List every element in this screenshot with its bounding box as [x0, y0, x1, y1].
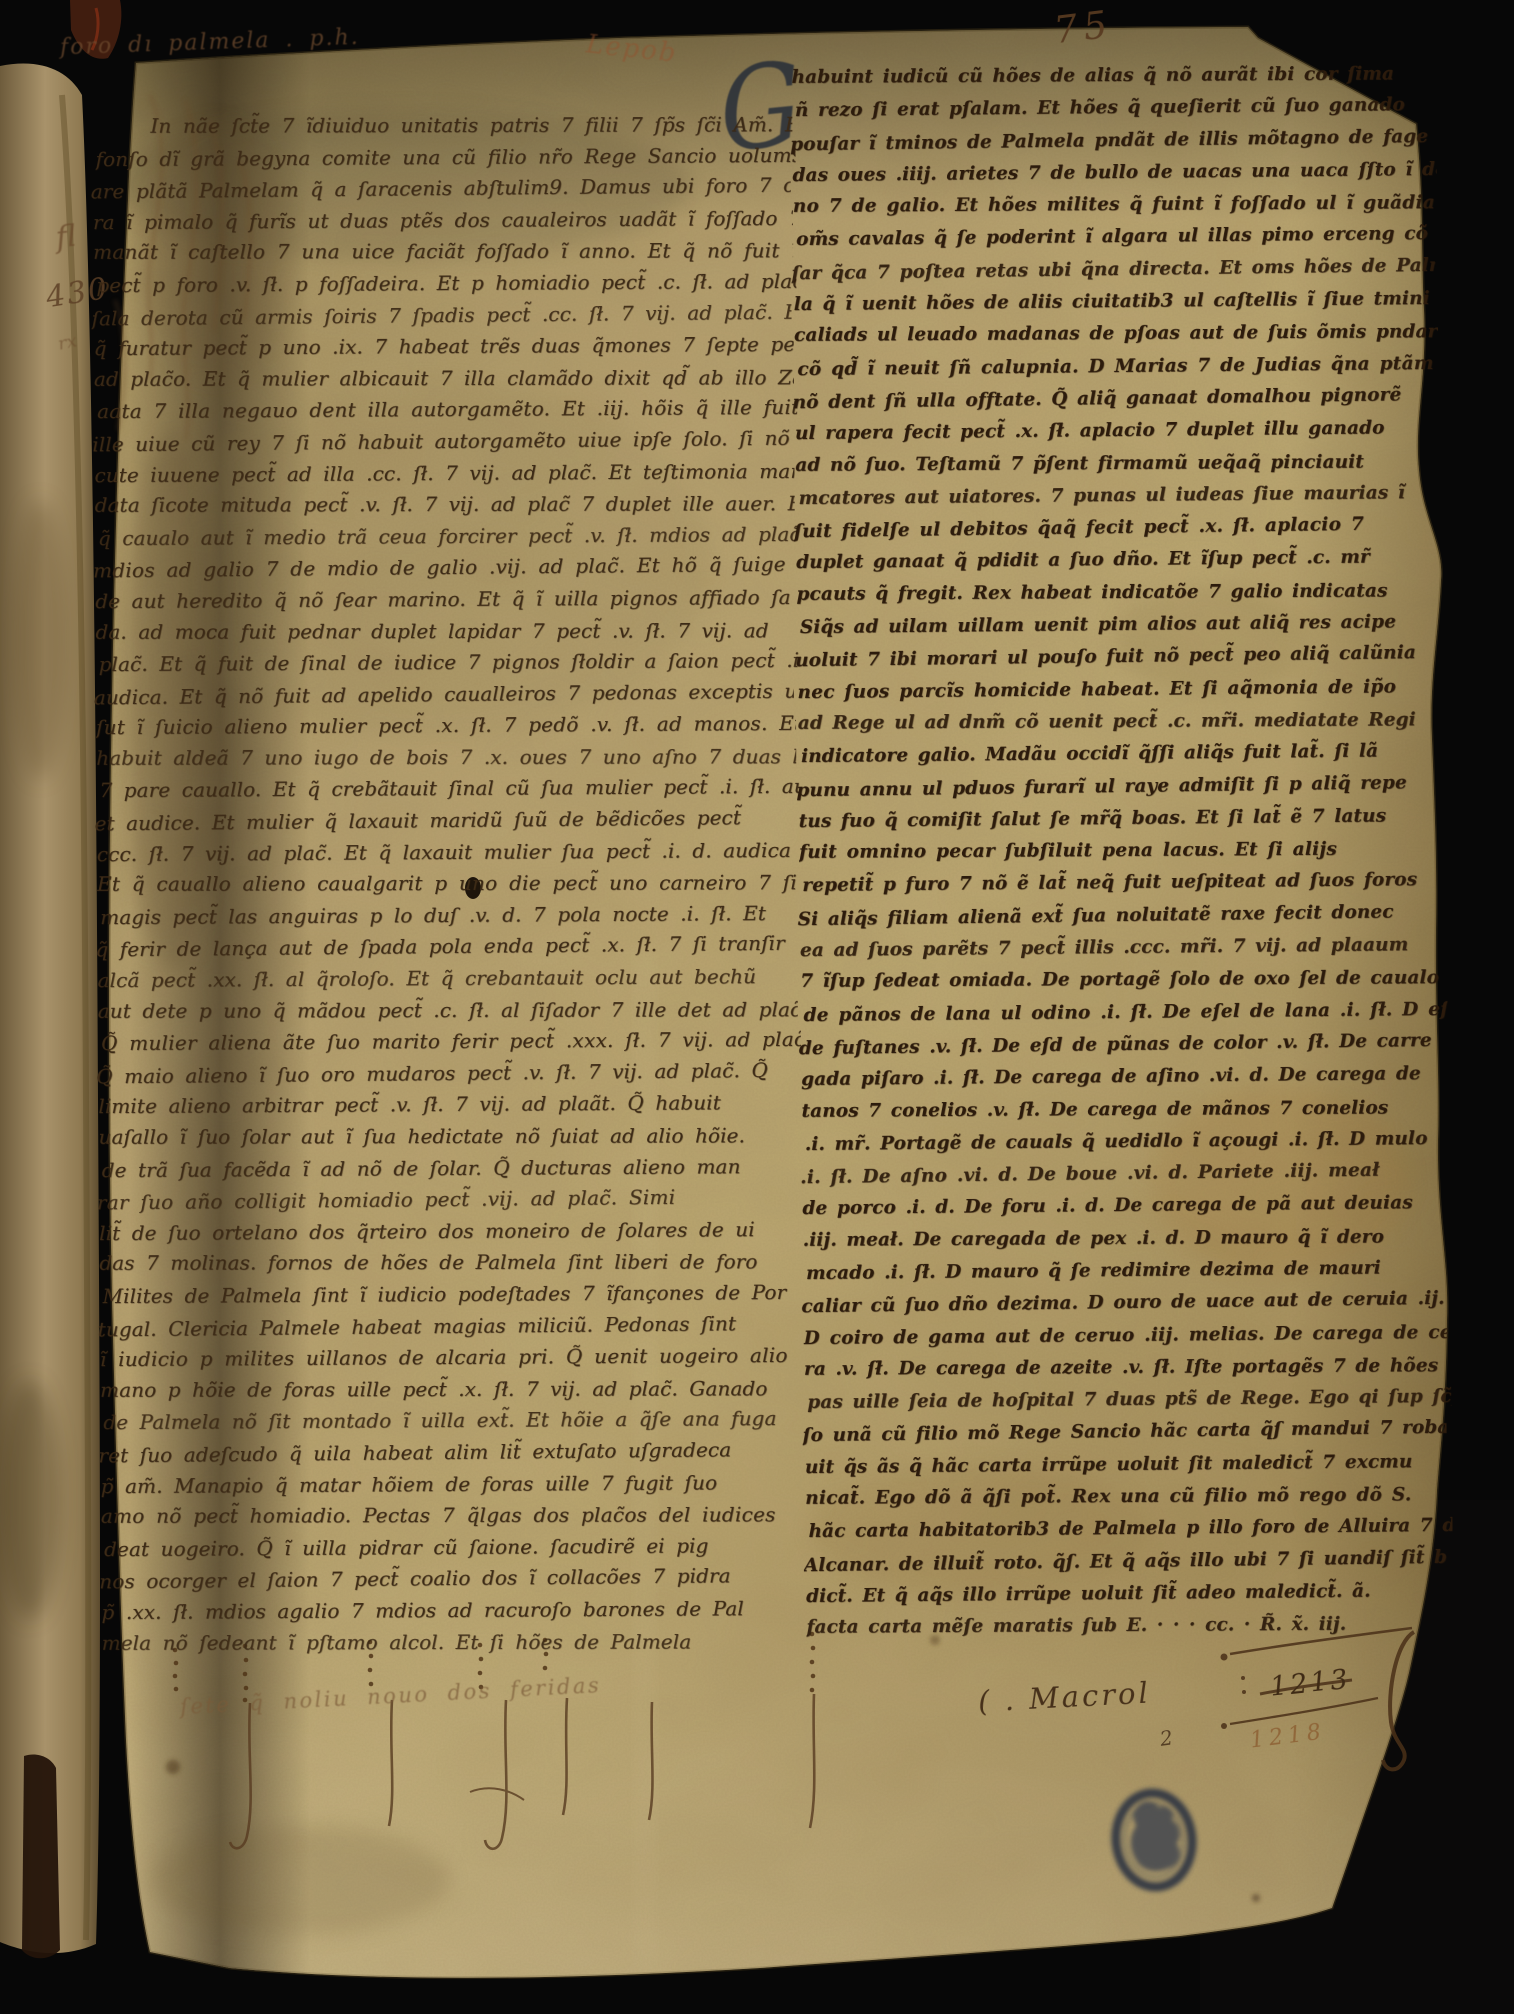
manuscript-line: nec ſuos parcĩs homicide habeat. Et ſi a… [797, 671, 1441, 709]
manuscript-line: tus fuo q̃ comiſit ſalut ſe mr̃q̃ boas. … [799, 800, 1443, 838]
manuscript-line: pcauts q̃ fregit. Rex habeat indicatõe 7… [796, 575, 1440, 611]
manuscript-line: ul rapera fecit pect̃ .x. ſł. aplacio 7 … [795, 412, 1439, 450]
manuscript-line: Milites de Palmela ſint ĩ iudicio podeſt… [102, 1277, 802, 1313]
manuscript-line: ſut ĩ ſuicio alieno mulier pect̃ .x. ſł.… [96, 708, 796, 744]
manuscript-line: aut dete p uno q̃ mãdou pect̃ .c. ſł. al… [98, 994, 798, 1027]
manuscript-line: uit q̃s ãs q̃ hãc carta irrũpe uoluit ſi… [805, 1446, 1449, 1484]
manuscript-line: In nãe ſct̃e 7 ĩdiuiduo unitatis patris … [92, 109, 792, 142]
left-folio-edge [0, 64, 100, 1954]
manuscript-line: lit̃ de ſuo ortelano dos q̃rteiro dos mo… [99, 1214, 799, 1250]
manuscript-line: q̃ furatur pect̃ p uno .ix. 7 habeat trẽ… [94, 329, 794, 365]
manuscript-line: das oues .iiij. arietes 7 de bullo de ua… [792, 154, 1436, 192]
text-column-left: In nãe ſct̃e 7 ĩdiuiduo unitatis patris … [92, 108, 801, 1660]
manuscript-line: alcã pect̃ .xx. ſł. al q̃roloſo. Et q̃ c… [97, 961, 797, 997]
manuscript-line: .iij. meał. De caregada de pex .i. d. D … [803, 1221, 1447, 1257]
manuscript-line: duplet ganaat q̃ pdidit a ſuo dño. Et ĩſ… [796, 541, 1440, 579]
manuscript-line: facta carta mẽſe maratis ſub E. · · · cc… [806, 1608, 1450, 1644]
margin-mark-fl: fl [54, 219, 78, 256]
manuscript-line: Q̃ mulier aliena ãte ſuo marito ferir pe… [101, 1024, 801, 1060]
manuscript-line: ea ad ſuos parẽts 7 pect̃ illis .ccc. mr… [800, 929, 1444, 967]
manuscript-line: ra .v. ſł. De carega de azeite .v. ſł. I… [804, 1350, 1448, 1386]
manuscript-line: da. ad moca fuit pednar duplet lapidar 7… [95, 615, 795, 648]
signature-flourish-glyph: 2 [1158, 1725, 1174, 1751]
manuscript-line: p̃ am̃. Manapio q̃ matar hõiem de foras … [101, 1466, 801, 1502]
manuscript-line: habuit aldeã 7 uno iugo de bois 7 .x. ou… [96, 741, 796, 774]
manuscript-line: dict̃. Et q̃ aq̃s illo irrũpe uoluit ſit… [806, 1575, 1450, 1613]
manuscript-line: tanos 7 conelios .v. ſł. De carega de mã… [801, 1092, 1445, 1128]
manuscript-line: data ſicote mituda pect̃ .v. ſł. 7 vij. … [95, 488, 795, 521]
manuscript-line: ĩ iudicio p milites uillanos de alcaria … [100, 1340, 800, 1376]
manuscript-line: ad Rege ul ad dnm̃ cõ uenit pect̃ .c. mr… [798, 704, 1442, 740]
text-column-right: habuint iudicũ cũ hões de alias q̃ nõ au… [791, 57, 1450, 1646]
manuscript-line: mano p hõie de foras uille pect̃ .x. ſł.… [100, 1373, 800, 1406]
manuscript-line: D coiro de gama aut de ceruo .iij. melia… [804, 1316, 1448, 1354]
folio-number: 75 [1052, 3, 1116, 53]
manuscript-line: de porco .i. d. De foru .i. d. De carega… [802, 1187, 1446, 1225]
manuscript-line: no 7 de galio. Et hões milites q̃ fuint … [793, 187, 1437, 223]
manuscript-line: Et q̃ cauallo alieno caualgarit p uno di… [97, 867, 797, 900]
manuscript-line: gada piſaro .i. ſł. De carega de aſino .… [801, 1058, 1445, 1096]
manuscript-line: p̃ .xx. ſł. mdios agalio 7 mdios ad racu… [101, 1593, 801, 1629]
margin-mark-rx: rx [56, 330, 79, 354]
manuscript-line: manãt ĩ caſtello 7 una uice faciãt foſſa… [93, 236, 793, 269]
manuscript-line: ad plac̃o. Et q̃ mulier albicauit 7 illa… [94, 362, 794, 395]
binding-fragment-bottom [22, 1755, 60, 1959]
manuscript-line: de aut heredito q̃ nõ ſear marino. Et q̃… [95, 582, 795, 618]
manuscript-line: plac̃. Et q̃ fuit de ſinal de iudice 7 p… [99, 645, 799, 681]
manuscript-line: fuit omnino pecar ſubſiluit pena lacus. … [799, 833, 1443, 869]
manuscript-line: ccc. ſł. 7 vij. ad plac̃. Et q̃ laxauit … [97, 835, 797, 871]
manuscript-photograph: foro dı palmela . p.h. Lepob 75 fl 430 r… [0, 0, 1514, 2014]
manuscript-line: pect̃ p foro .v. ſł. p foſſadeira. Et p … [96, 266, 796, 302]
manuscript-line: uaſallo ĩ ſuo ſolar aut ĩ ſua hedictate … [99, 1120, 799, 1153]
manuscript-line: nicat̃. Ego dõ ã q̃ſi pot̃. Rex una cũ f… [805, 1479, 1449, 1515]
manuscript-line: amo nõ pect̃ homiadio. Pectas 7 q̃lgas d… [101, 1499, 801, 1532]
manuscript-line: ad nõ ſuo. Teſtamũ 7 p̃ſent firmamũ ueq̃… [795, 446, 1439, 482]
manuscript-line: limite alieno arbitrar pect̃ .v. ſł. 7 v… [98, 1087, 798, 1123]
manuscript-line: la q̃ ĩ uenit hões de aliis ciuitatib3 u… [794, 283, 1438, 321]
manuscript-line: 7 ĩſup ſedeat omiada. De portagẽ ſolo de… [800, 962, 1444, 998]
manuscript-line: mela nõ ſedeant ĩ pſtamo alcol. Et ſi hõ… [102, 1626, 802, 1659]
manuscript-line: habuint iudicũ cũ hões de alias q̃ nõ au… [791, 58, 1435, 94]
manuscript-line: das 7 molinas. fornos de hões de Palmela… [99, 1247, 799, 1280]
manuscript-line: ra ĩ pimalo q̃ furĩs ut duas ptẽs dos ca… [93, 203, 793, 239]
manuscript-line: caliads ul leuado madanas de pſoas aut d… [794, 317, 1438, 353]
manuscript-line: cute iuuene pect̃ ad illa .cc. ſł. 7 vij… [94, 455, 794, 491]
